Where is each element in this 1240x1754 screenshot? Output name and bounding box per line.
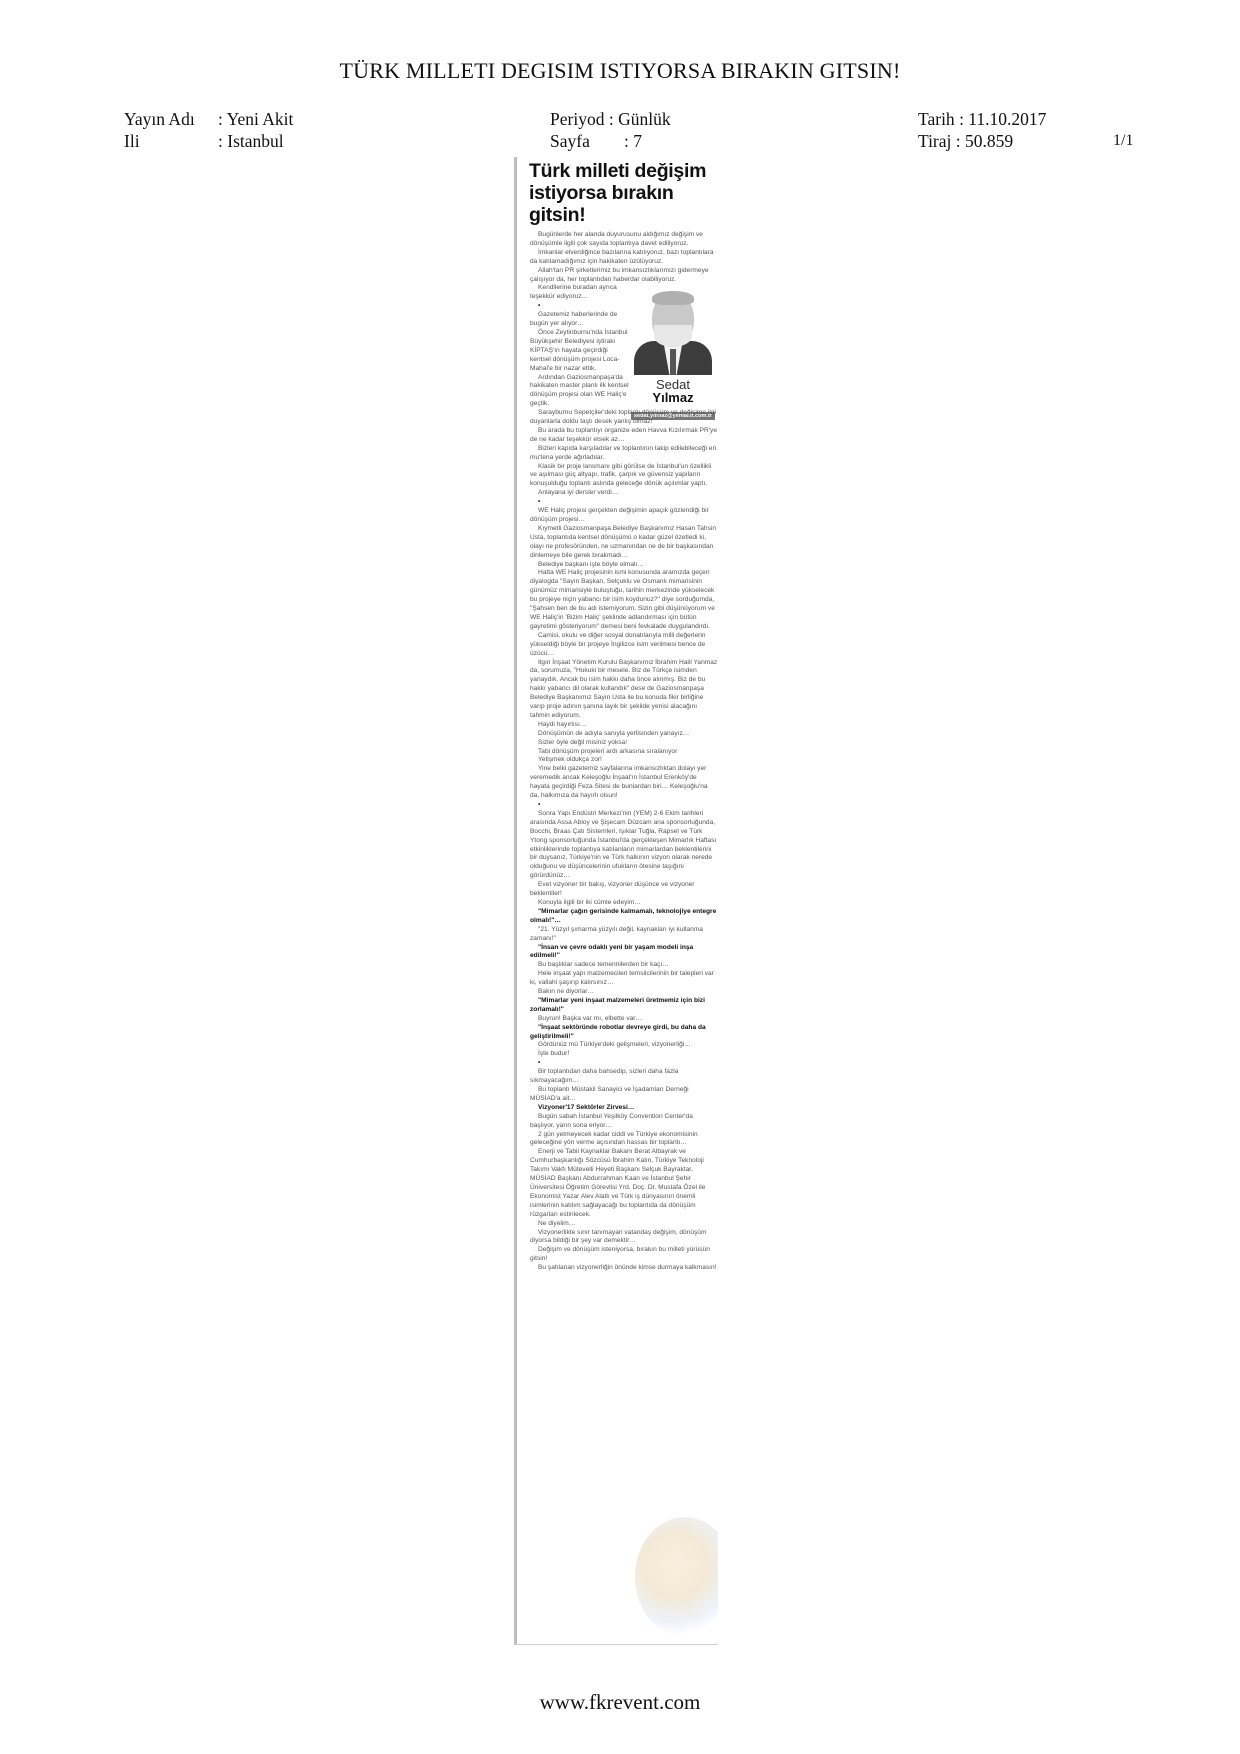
paragraph: Bu başlıklar sadece temennilerden bir ka… — [530, 961, 718, 970]
paragraph: Dönüşümün de adıyla sanıyla yerlisinden … — [530, 730, 718, 739]
paragraph: Gazetemiz haberlerinde de bugün yer alıy… — [530, 311, 630, 329]
paragraph: Anlayana iyi dersler verdi… — [530, 489, 718, 498]
paragraph: Bakın ne diyorlar… — [530, 988, 718, 997]
separator-bullet: • — [530, 302, 630, 311]
article-headline: Türk milleti değişim istiyorsa bırakın g… — [529, 160, 718, 226]
paragraph: Belediye başkanı işte böyle olmalı… — [530, 561, 718, 570]
quote-paragraph: "İnşaat sektöründe robotlar devreye gird… — [530, 1024, 718, 1042]
tarih-label: Tarih — [918, 109, 955, 129]
paragraph: Önce Zeytinburnu'nda İstanbul Büyükşehir… — [530, 329, 630, 374]
separator-bullet: • — [530, 1059, 718, 1068]
paragraph: Hele inşaat yapı malzemecileri temsilcil… — [530, 970, 718, 988]
newspaper-clipping: Türk milleti değişim istiyorsa bırakın g… — [514, 157, 718, 1645]
article-body: Bugünlerde her alanda duyurusunu aldığım… — [530, 231, 718, 1273]
paragraph: Camisi, okulu ve diğer sosyal donatıları… — [530, 632, 718, 659]
separator-bullet: • — [530, 498, 718, 507]
paragraph: Yetişmek oldukça zor! — [530, 756, 718, 765]
yayin-adi-value: : Yeni Akit — [218, 109, 293, 129]
paragraph: "21. Yüzyıl şımarma yüzyılı değil, kayna… — [530, 926, 718, 944]
sayfa-label: Sayfa — [550, 130, 624, 152]
paragraph: Ardından Gaziosmanpaşa'da hakikaten mast… — [530, 374, 630, 410]
meta-publication: Yayın Adı: Yeni Akit Ili: Istanbul — [124, 108, 293, 152]
paragraph: Evet vizyoner bir bakış, vizyoner düşünc… — [530, 881, 718, 899]
periyod-value: : Günlük — [609, 109, 671, 129]
paragraph: Sizler öyle değil misiniz yoksa! — [530, 739, 718, 748]
ili-value: : Istanbul — [218, 131, 284, 151]
paragraph: Bu şahlanan vizyonerliğin önünde kimse d… — [530, 1264, 718, 1273]
quote-paragraph: "Mimarlar çağın gerisinde kalmamalı, tek… — [530, 908, 718, 926]
meta-period: Periyod : Günlük Sayfa: 7 — [550, 108, 671, 152]
periyod-label: Periyod — [550, 109, 604, 129]
watermark-logo — [635, 1517, 718, 1637]
quote-paragraph: "Mimarlar yeni inşaat malzemeleri üretme… — [530, 997, 718, 1015]
meta-date: Tarih : 11.10.2017 Tiraj : 50.859 — [918, 108, 1046, 152]
paragraph: Ilgın İnşaat Yönetim Kurulu Başkanımız İ… — [530, 659, 718, 721]
separator-bullet: • — [530, 801, 718, 810]
paragraph: Kıymetli Gaziosmanpaşa Belediye Başkanım… — [530, 525, 718, 561]
paragraph: Allah'tan PR şirketlerimiz bu imkansızlı… — [530, 267, 718, 285]
paragraph: Klasik bir proje lansmanı gibi görülse d… — [530, 463, 718, 490]
paragraph: Konuyla ilgili bir iki cümle edeyim… — [530, 899, 718, 908]
yayin-adi-label: Yayın Adı — [124, 108, 218, 130]
paragraph: Tabi dönüşüm projeleri ardı arkasına sır… — [530, 748, 718, 757]
tiraj-label: Tiraj — [918, 131, 951, 151]
paragraph: Kendilerine buradan ayrıca teşekkür ediy… — [530, 284, 630, 302]
subheading-paragraph: Vizyoner'17 Sektörler Zirvesi… — [530, 1104, 718, 1113]
paragraph: WE Haliç projesi gerçekten değişimin apa… — [530, 507, 718, 525]
paragraph: Bu arada bu toplantıyı organize eden Hav… — [530, 427, 718, 445]
tarih-value: : 11.10.2017 — [959, 109, 1046, 129]
paragraph: Hatta WE Haliç projesinin ismi konusunda… — [530, 569, 718, 631]
paragraph: Sarayburnu Sepetçiler'deki toplantı dönü… — [530, 409, 718, 427]
paragraph: Bugün sabah İstanbul Yeşilköy Convention… — [530, 1113, 718, 1131]
paragraph: 2 gün yetmeyecek kadar ciddi ve Türkiye … — [530, 1131, 718, 1149]
sayfa-value: : 7 — [624, 131, 642, 151]
footer-website: www.fkrevent.com — [0, 1690, 1240, 1715]
paragraph: İmkanlar elverdiğince bazılarına katılıy… — [530, 249, 718, 267]
paragraph: Vizyonerlikte sınır tanımayan vatandaş d… — [530, 1229, 718, 1247]
paragraph: Değişim ve dönüşüm isteniyorsa, bırakın … — [530, 1246, 718, 1264]
paragraph: Bugünlerde her alanda duyurusunu aldığım… — [530, 231, 718, 249]
paragraph: İşte budur! — [530, 1050, 718, 1059]
page-count: 1/1 — [1113, 132, 1133, 150]
paragraph: Haydi hayırlısı… — [530, 721, 718, 730]
tiraj-value: : 50.859 — [956, 131, 1013, 151]
paragraph: Bir toplantıdan daha bahsedip, sizleri d… — [530, 1068, 718, 1086]
paragraph: Bu toplantı Müstakil Sanayici ve İşadaml… — [530, 1086, 718, 1104]
paragraph: Buyrun! Başka var mı, elbette var… — [530, 1015, 718, 1024]
document-title: TÜRK MILLETI DEGISIM ISTIYORSA BIRAKIN G… — [0, 58, 1240, 84]
paragraph: Enerji ve Tabii Kaynaklar Bakanı Berat A… — [530, 1148, 718, 1219]
paragraph: Bizleri kapıda karşıladılar ve toplantın… — [530, 445, 718, 463]
paragraph: Ne diyelim… — [530, 1220, 718, 1229]
ili-label: Ili — [124, 130, 218, 152]
paragraph: Sonra Yapı Endüstri Merkezi'nin (YEM) 2-… — [530, 810, 718, 881]
paragraph: Yine belki gazetemiz sayfalarına imkansı… — [530, 765, 718, 801]
quote-paragraph: "İnsan ve çevre odaklı yeni bir yaşam mo… — [530, 944, 718, 962]
